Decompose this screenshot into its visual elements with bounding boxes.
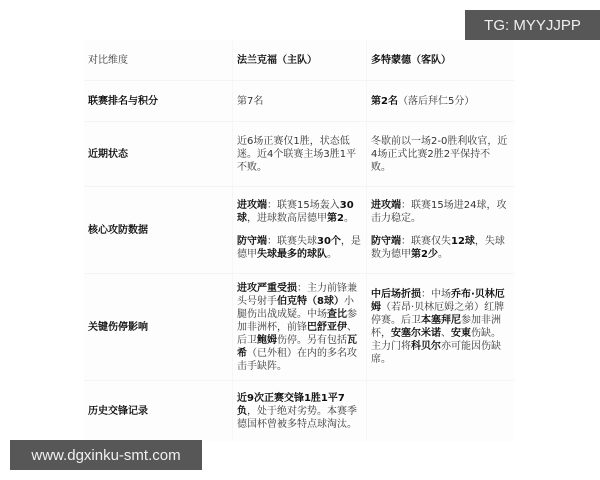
text: 、 [441, 328, 451, 339]
row-dimension: 历史交锋记录 [84, 381, 232, 441]
table-row: 核心攻防数据 进攻端：联赛15场轰入30球，进球数高居德甲第2。防守端：联赛失球… [84, 187, 514, 274]
home-cell: 进攻端：联赛15场轰入30球，进球数高居德甲第2。防守端：联赛失球30个，是德甲… [232, 187, 366, 273]
text: ，进球数高居德甲 [247, 213, 327, 224]
row-dimension: 联赛排名与积分 [84, 81, 232, 121]
away-cell: 中后场折损：中场乔布·贝林厄姆（若昂·贝林厄姆之弟）红牌停赛。后卫本塞拜尼参加非… [366, 274, 514, 380]
bold-text: 防守端 [371, 236, 401, 247]
bold-text: 鲍姆 [257, 335, 277, 346]
bold-text: 伯克特（8球） [277, 296, 344, 307]
table-row: 历史交锋记录 近9次正赛交锋1胜1平7负，处于绝对劣势。本赛季德国杯曾被多特点球… [84, 381, 514, 441]
text: ：联赛仅失 [401, 236, 451, 247]
row-dimension: 关键伤停影响 [84, 274, 232, 380]
bold-text: 巴舒亚伊 [307, 322, 347, 333]
bold-text: 进攻严重受损 [237, 283, 297, 294]
bold-text: 科贝尔 [411, 341, 441, 352]
text: ，处于绝对劣势。本赛季德国杯曾被多特点球淘汰。 [237, 406, 357, 430]
text: 第7名 [237, 96, 263, 107]
bold-text: 中后场折损 [371, 289, 421, 300]
bold-text: 进攻端 [371, 200, 401, 211]
home-cell: 第7名 [232, 81, 366, 121]
text: ：中场 [421, 289, 451, 300]
cell-paragraph: 进攻端：联赛15场进24球，攻击力稳定。 [371, 199, 510, 225]
away-cell: 冬歇前以一场2-0胜利收官，近4场正式比赛2胜2平保持不败。 [366, 122, 514, 186]
text: 。 [327, 249, 337, 260]
home-cell: 近6场正赛仅1胜，状态低迷。近4个联赛主场3胜1平不败。 [232, 122, 366, 186]
text: ：联赛15场轰入 [267, 200, 340, 211]
home-cell: 近9次正赛交锋1胜1平7负，处于绝对劣势。本赛季德国杯曾被多特点球淘汰。 [232, 381, 366, 441]
away-cell [366, 381, 514, 441]
table-row: 近期状态 近6场正赛仅1胜，状态低迷。近4个联赛主场3胜1平不败。 冬歇前以一场… [84, 122, 514, 187]
text: （落后拜仁5分） [398, 96, 474, 107]
cell-paragraph: 防守端：联赛仅失12球，失球数为德甲第2少。 [371, 235, 510, 261]
text: （已外租）在内的多名攻击手缺阵。 [237, 348, 357, 372]
table-header-row: 对比维度 法兰克福（主队） 多特蒙德（客队） [84, 40, 514, 81]
cell-paragraph: 进攻端：联赛15场轰入30球，进球数高居德甲第2。 [237, 199, 362, 225]
table-row: 关键伤停影响 进攻严重受损：主力前锋兼头号射手伯克特（8球）小腿伤出战成疑。中场… [84, 274, 514, 381]
away-cell: 进攻端：联赛15场进24球，攻击力稳定。防守端：联赛仅失12球，失球数为德甲第2… [366, 187, 514, 273]
cell-paragraph: 防守端：联赛失球30个，是德甲失球最多的球队。 [237, 235, 362, 261]
table-row: 联赛排名与积分 第7名 第2名（落后拜仁5分） [84, 81, 514, 122]
header-away-team: 多特蒙德（客队） [366, 40, 514, 80]
bold-text: 失球最多的球队 [257, 249, 327, 260]
text: 。 [438, 249, 448, 260]
bold-text: 第2 [327, 213, 344, 224]
text: 冬歇前以一场2-0胜利收官，近4场正式比赛2胜2平保持不败。 [371, 136, 507, 173]
text: ：联赛失球 [267, 236, 317, 247]
bold-text: 安塞尔米诺 [391, 328, 441, 339]
bold-text: 30个 [317, 236, 341, 247]
header-dimension: 对比维度 [84, 40, 232, 80]
away-cell: 第2名（落后拜仁5分） [366, 81, 514, 121]
bold-text: 12球 [451, 236, 475, 247]
watermark-url: www.dgxinku-smt.com [10, 440, 202, 470]
text: 伤停。另有包括 [277, 335, 347, 346]
text: 。 [344, 213, 354, 224]
row-dimension: 核心攻防数据 [84, 187, 232, 273]
bold-text: 第2少 [411, 249, 438, 260]
header-home-team: 法兰克福（主队） [232, 40, 366, 80]
bold-text: 进攻端 [237, 200, 267, 211]
bold-text: 安東 [451, 328, 471, 339]
bold-text: 防守端 [237, 236, 267, 247]
home-cell: 进攻严重受损：主力前锋兼头号射手伯克特（8球）小腿伤出战成疑。中场查比参加非洲杯… [232, 274, 366, 380]
bold-text: 第2名 [371, 96, 398, 107]
text: 近6场正赛仅1胜，状态低迷。近4个联赛主场3胜1平不败。 [237, 136, 356, 173]
comparison-table: 对比维度 法兰克福（主队） 多特蒙德（客队） 联赛排名与积分 第7名 第2名（落… [84, 40, 514, 441]
row-dimension: 近期状态 [84, 122, 232, 186]
watermark-tg: TG: MYYJJPP [465, 10, 600, 40]
bold-text: 本塞拜尼 [421, 315, 461, 326]
bold-text: 查比 [327, 309, 347, 320]
